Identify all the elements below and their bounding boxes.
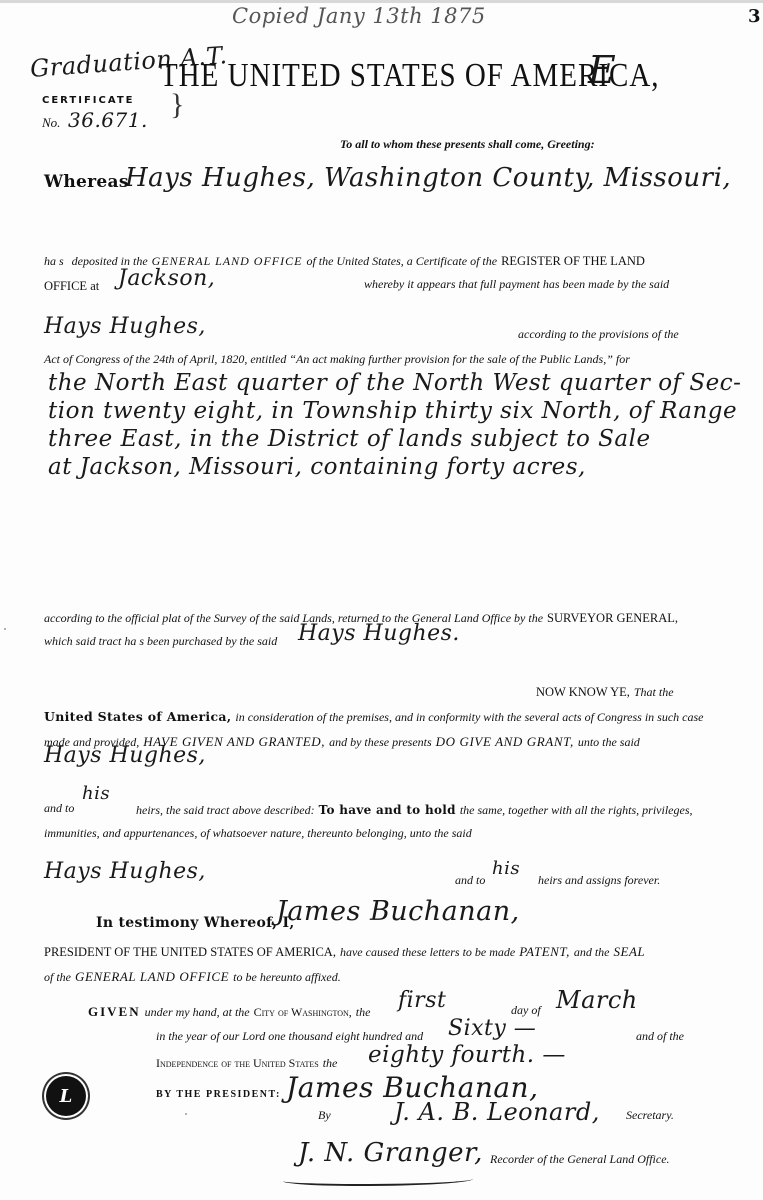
signature-flourish — [283, 1174, 473, 1186]
certificate-number: 36.671. — [68, 108, 148, 132]
pronoun-2: his — [492, 858, 520, 879]
general-land-office-seal: L — [46, 1076, 86, 1116]
secretary-title: Secretary. — [626, 1108, 674, 1123]
page-number: 3 — [748, 6, 761, 27]
recorder-title: Recorder of the General Land Office. — [490, 1152, 670, 1167]
in-testimony: In testimony Whereof, I, — [96, 915, 295, 931]
president-name: James Buchanan, — [276, 896, 520, 927]
year-value: Sixty — — [448, 1016, 536, 1041]
heirs-assigns: heirs and assigns forever. — [538, 873, 660, 888]
now-know-ye: NOW KNOW YE, That the — [536, 683, 674, 701]
and-to-text: and to — [44, 801, 74, 816]
independence-value: eighty fourth. — — [368, 1042, 566, 1068]
land-patent-document: Copied Jany 13th 1875 3 Graduation A.T. … — [0, 0, 763, 1200]
grantee-residence: Hays Hughes, Washington County, Missouri… — [125, 163, 731, 193]
according-text: according to the provisions of the — [518, 327, 679, 342]
president-line: PRESIDENT OF THE UNITED STATES OF AMERIC… — [44, 943, 645, 961]
pronoun-1: his — [82, 783, 110, 804]
by-text: By — [318, 1108, 331, 1123]
scan-speck — [4, 628, 6, 630]
purchased-line: which said tract ha s been purchased by … — [44, 634, 277, 649]
scan-speck — [720, 387, 722, 389]
grantee-name-3: Hays Hughes, — [44, 743, 206, 768]
brace: } — [170, 88, 184, 122]
scan-speck — [185, 1113, 187, 1115]
grantee-name-2: Hays Hughes. — [298, 621, 460, 646]
grantee-name-4: Hays Hughes, — [44, 859, 206, 884]
by-the-president-label: BY THE PRESIDENT: — [156, 1089, 281, 1100]
tract-line-2: tion twenty eight, in Township thirty si… — [48, 398, 737, 424]
recorder-signature: J. N. Granger, — [298, 1138, 483, 1168]
tract-line-4: at Jackson, Missouri, containing forty a… — [48, 454, 586, 480]
certificate-label: CERTIFICATE — [42, 95, 134, 106]
and-of-the-text: and of the — [636, 1029, 684, 1044]
consideration-line: United States of America, in considerati… — [44, 708, 703, 726]
copied-annotation: Copied Jany 13th 1875 — [232, 4, 486, 28]
land-office-location: Jackson, — [118, 266, 215, 291]
whereby-text: whereby it appears that full payment has… — [364, 277, 669, 292]
act-of-congress-line: Act of Congress of the 24th of April, 18… — [44, 352, 630, 367]
affixed-line: of the GENERAL LAND OFFICE to be hereunt… — [44, 968, 341, 986]
given-line: GIVEN under my hand, at the City of Wash… — [88, 1003, 370, 1021]
office-at-line: OFFICE at — [44, 277, 99, 295]
grantee-name-1: Hays Hughes, — [44, 314, 206, 339]
scan-edge — [0, 0, 763, 3]
secretary-signature: J. A. B. Leonard, — [394, 1098, 600, 1126]
and-to-text-2: and to — [455, 873, 485, 888]
greeting: To all to whom these presents shall come… — [340, 137, 595, 152]
month-value: March — [556, 986, 638, 1014]
number-prefix: No. — [42, 115, 60, 131]
whereas-word: Whereas — [44, 172, 129, 192]
immunities-line: immunities, and appurtenances, of whatso… — [44, 826, 472, 841]
independence-line: Independence of the United States the — [156, 1054, 337, 1072]
tract-line-1: the North East quarter of the North West… — [48, 370, 741, 396]
tract-line-3: three East, in the District of lands sub… — [48, 426, 651, 452]
habendum-line: heirs, the said tract above described: T… — [136, 801, 692, 819]
day-value: first — [398, 988, 446, 1013]
document-title: THE UNITED STATES OF AMERICA, — [160, 57, 660, 95]
